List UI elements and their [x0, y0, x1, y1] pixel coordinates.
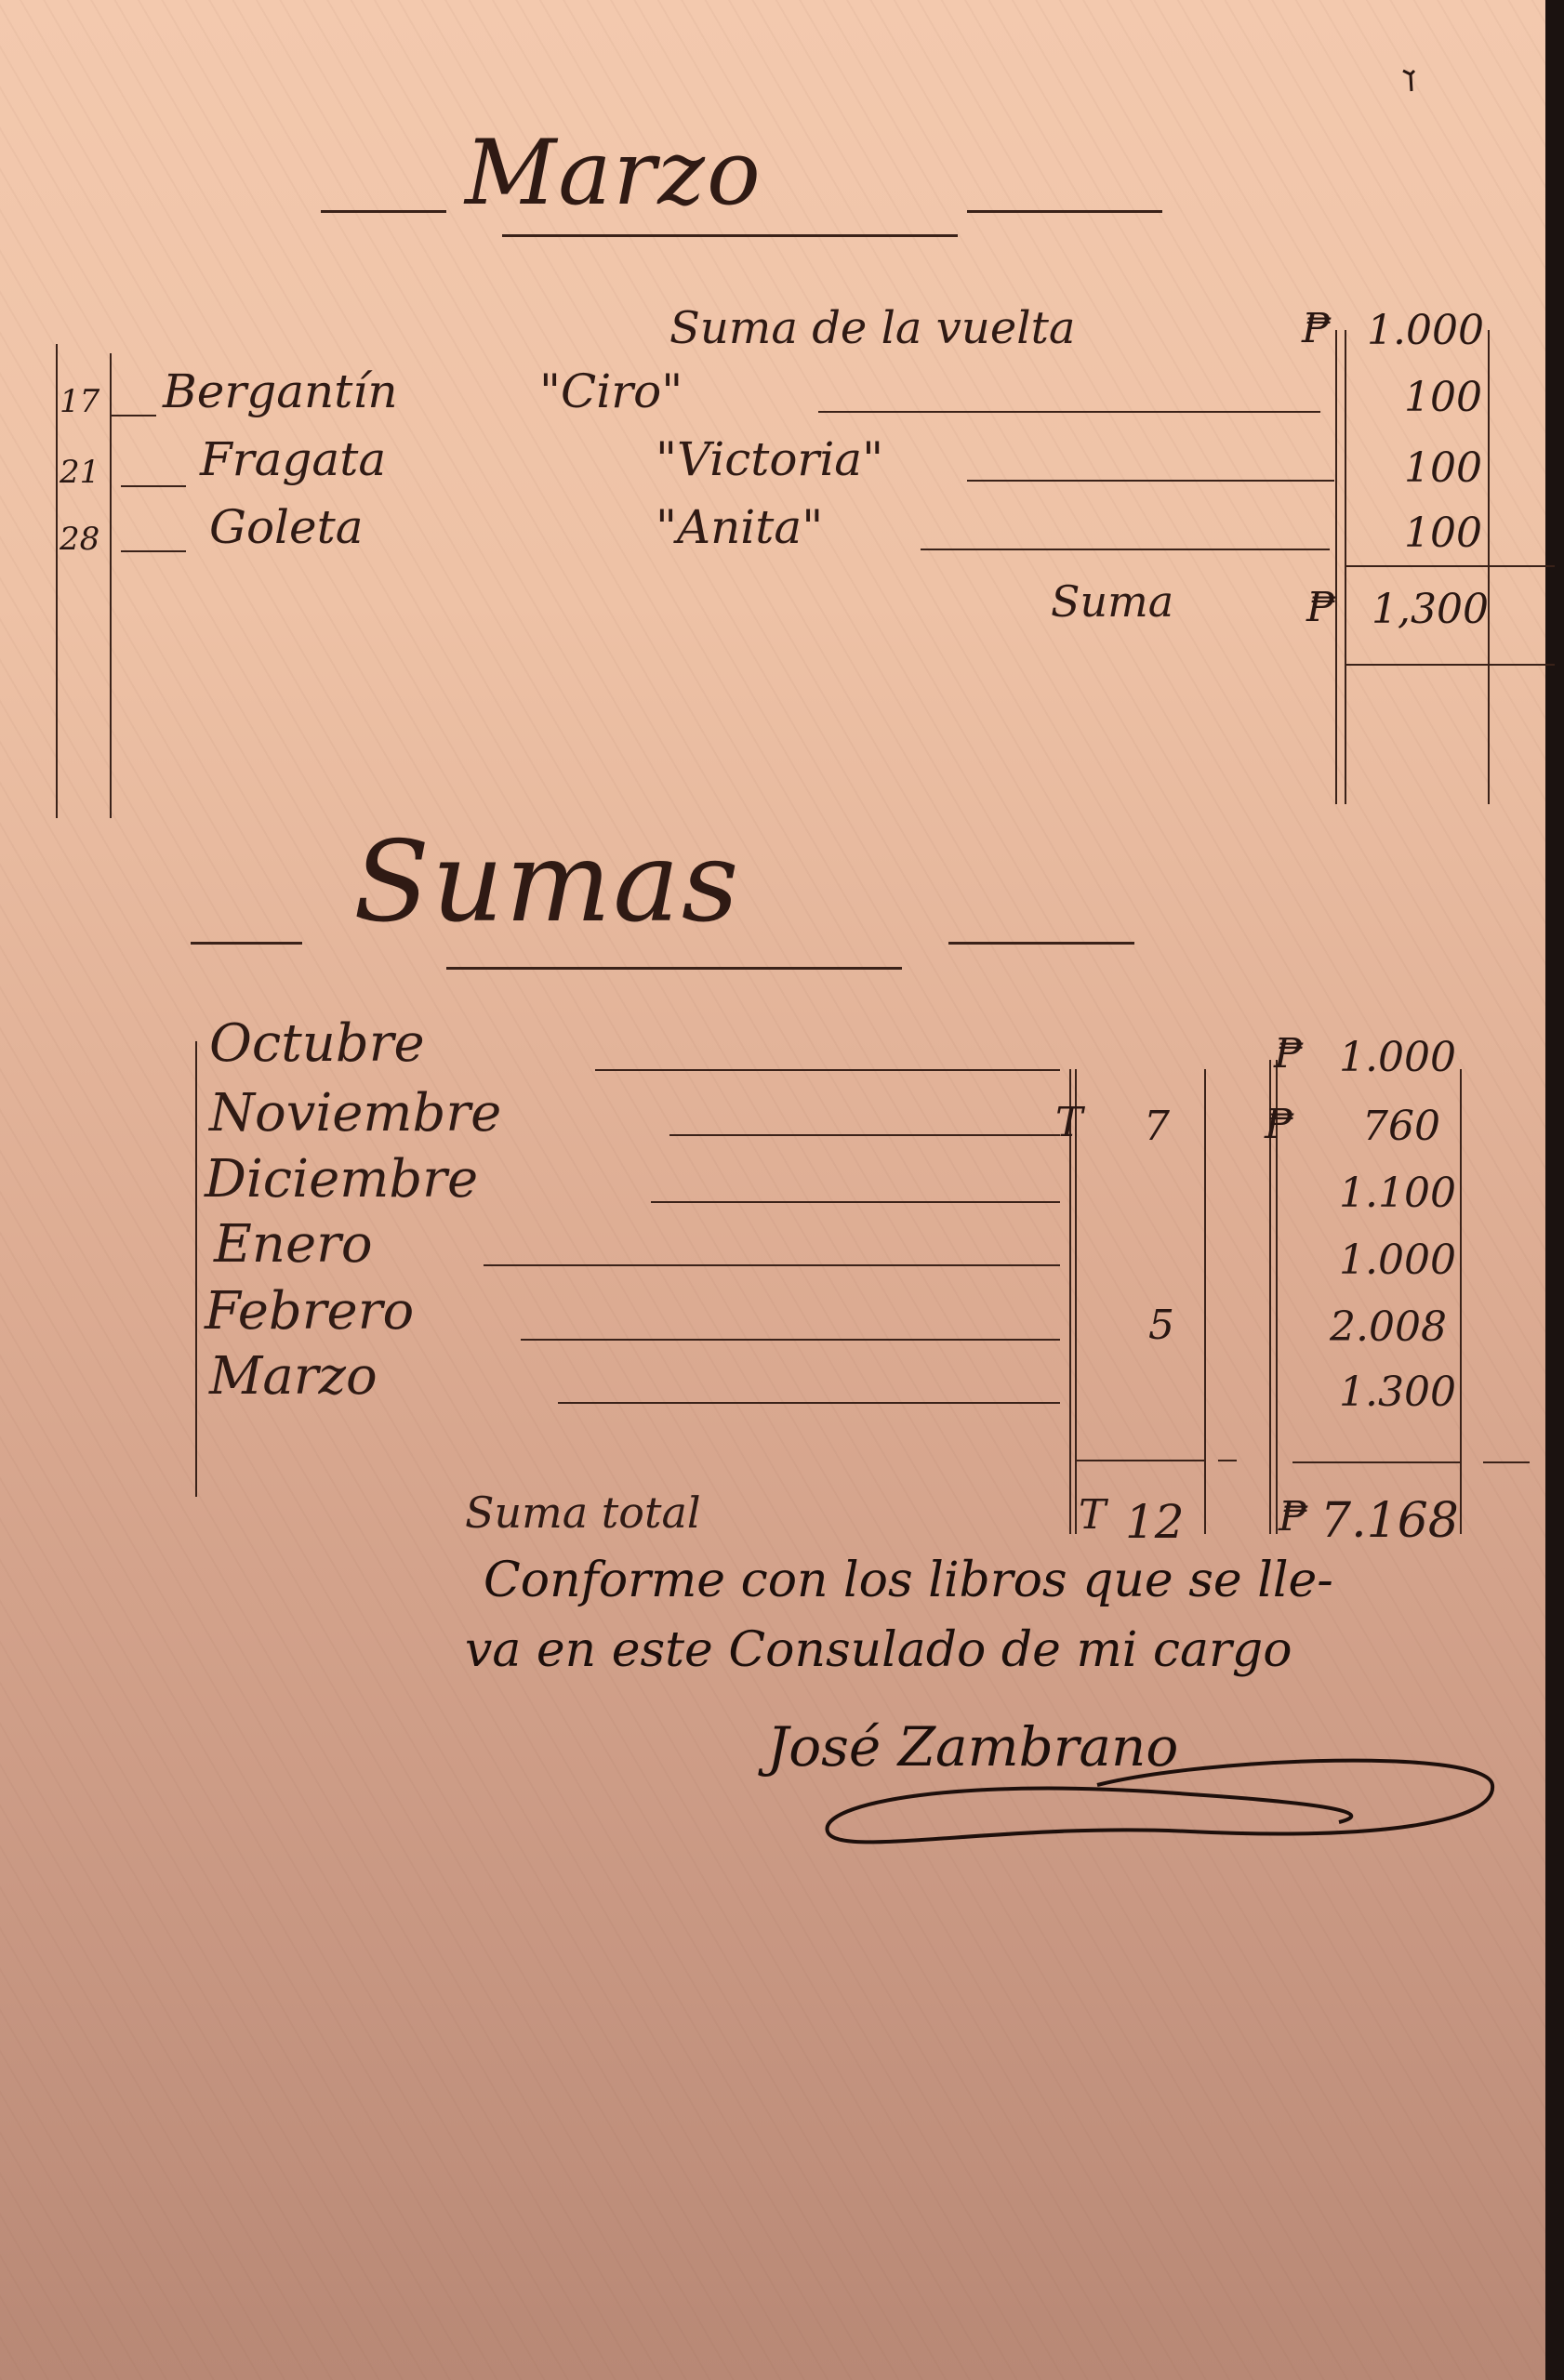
month-amount: 1.100	[1339, 1170, 1456, 1217]
month-label: Marzo	[209, 1346, 378, 1407]
amount-column-line-left	[1335, 330, 1337, 804]
carry-label: Suma de la vuelta	[669, 302, 1076, 354]
entry-dash	[110, 415, 156, 416]
month-amount: 1.300	[1339, 1368, 1456, 1416]
sum-amount: 1,300	[1372, 586, 1489, 633]
entry-leader-line	[921, 549, 1330, 550]
title-dash-left	[321, 210, 446, 213]
paper-hole-icon	[1399, 67, 1420, 97]
entry-dash	[121, 485, 186, 487]
day-column-line-left	[56, 344, 58, 818]
amount-column-line-right	[1488, 330, 1490, 804]
title-dash-left	[191, 942, 302, 945]
day-column-line-right	[110, 353, 112, 818]
total-label: Suma total	[465, 1487, 701, 1538]
entry-amount: 100	[1404, 374, 1482, 421]
month-leader-line	[484, 1264, 1060, 1266]
month-label: Enero	[214, 1214, 373, 1275]
entry-day: 21	[60, 454, 99, 491]
currency-mark: ₱	[1279, 1493, 1307, 1540]
entry-day: 17	[60, 383, 99, 420]
col1-currency-mark: T	[1079, 1491, 1106, 1539]
title-dash-right	[967, 210, 1162, 213]
col2-line-right	[1460, 1069, 1462, 1534]
entry-vessel-name: "Ciro"	[539, 364, 683, 418]
entry-day: 28	[60, 521, 99, 558]
carry-currency: ₱	[1302, 305, 1331, 352]
month-leader-line	[651, 1201, 1060, 1203]
month-col1-value: 5	[1148, 1302, 1174, 1349]
entry-leader-line	[967, 480, 1334, 482]
month-label: Noviembre	[209, 1083, 501, 1144]
attestation-line-1: Conforme con los libros que se lle-	[484, 1553, 1333, 1608]
entry-vessel-name: "Victoria"	[656, 432, 883, 486]
carry-amount: 1.000	[1367, 307, 1484, 354]
signature-flourish-icon	[818, 1748, 1506, 1869]
sumas-left-line	[195, 1041, 197, 1497]
month-amount: 2.008	[1330, 1303, 1447, 1351]
entry-leader-line	[818, 411, 1320, 413]
ledger-page: Marzo Suma de la vuelta ₱ 1.000 17 Berga…	[0, 0, 1555, 2380]
entry-vessel-type: Fragata	[200, 432, 386, 486]
title-dash-right	[948, 942, 1134, 945]
total-col2: 7.168	[1320, 1493, 1459, 1549]
month-label: Octubre	[209, 1013, 425, 1074]
page-edge	[1545, 0, 1555, 2380]
col2-total-dash	[1483, 1461, 1530, 1463]
entry-vessel-type: Goleta	[209, 500, 364, 554]
col2-total-rule	[1292, 1461, 1460, 1463]
month-leader-line	[669, 1134, 1060, 1136]
marzo-title: Marzo	[465, 121, 762, 225]
month-label: Febrero	[205, 1281, 414, 1342]
month-leader-line	[558, 1402, 1060, 1404]
entry-vessel-type: Bergantín	[163, 364, 398, 418]
col1-line-right	[1204, 1069, 1206, 1534]
month-amount: 1.000	[1339, 1236, 1456, 1284]
col1-total-dash	[1218, 1460, 1237, 1461]
col1-total-rule	[1075, 1460, 1205, 1461]
sumas-title-underline	[446, 967, 902, 970]
month-label: Diciembre	[205, 1149, 478, 1210]
month-amount: 760	[1362, 1103, 1440, 1150]
sum-currency: ₱	[1306, 584, 1335, 631]
amount-column-line-left-double	[1345, 330, 1346, 804]
entry-vessel-name: "Anita"	[656, 500, 823, 554]
month-leader-line	[521, 1339, 1060, 1341]
entry-amount: 100	[1404, 444, 1482, 492]
entry-dash	[121, 550, 186, 552]
total-col1: 12	[1125, 1495, 1185, 1549]
month-col1-value: 7	[1144, 1103, 1170, 1150]
sum-rule	[1345, 565, 1555, 567]
col1-currency-mark: T	[1055, 1099, 1082, 1146]
month-leader-line	[595, 1069, 1060, 1071]
entry-amount: 100	[1404, 509, 1482, 557]
month-amount: 1.000	[1339, 1034, 1456, 1081]
sum-label: Suma	[1051, 576, 1173, 627]
sum-rule-lower	[1345, 664, 1555, 666]
sumas-title: Sumas	[353, 818, 740, 947]
currency-mark: ₱	[1274, 1030, 1303, 1078]
currency-mark: ₱	[1265, 1101, 1293, 1148]
marzo-title-underline	[502, 234, 958, 237]
attestation-line-2: va en este Consulado de mi cargo	[465, 1622, 1292, 1678]
